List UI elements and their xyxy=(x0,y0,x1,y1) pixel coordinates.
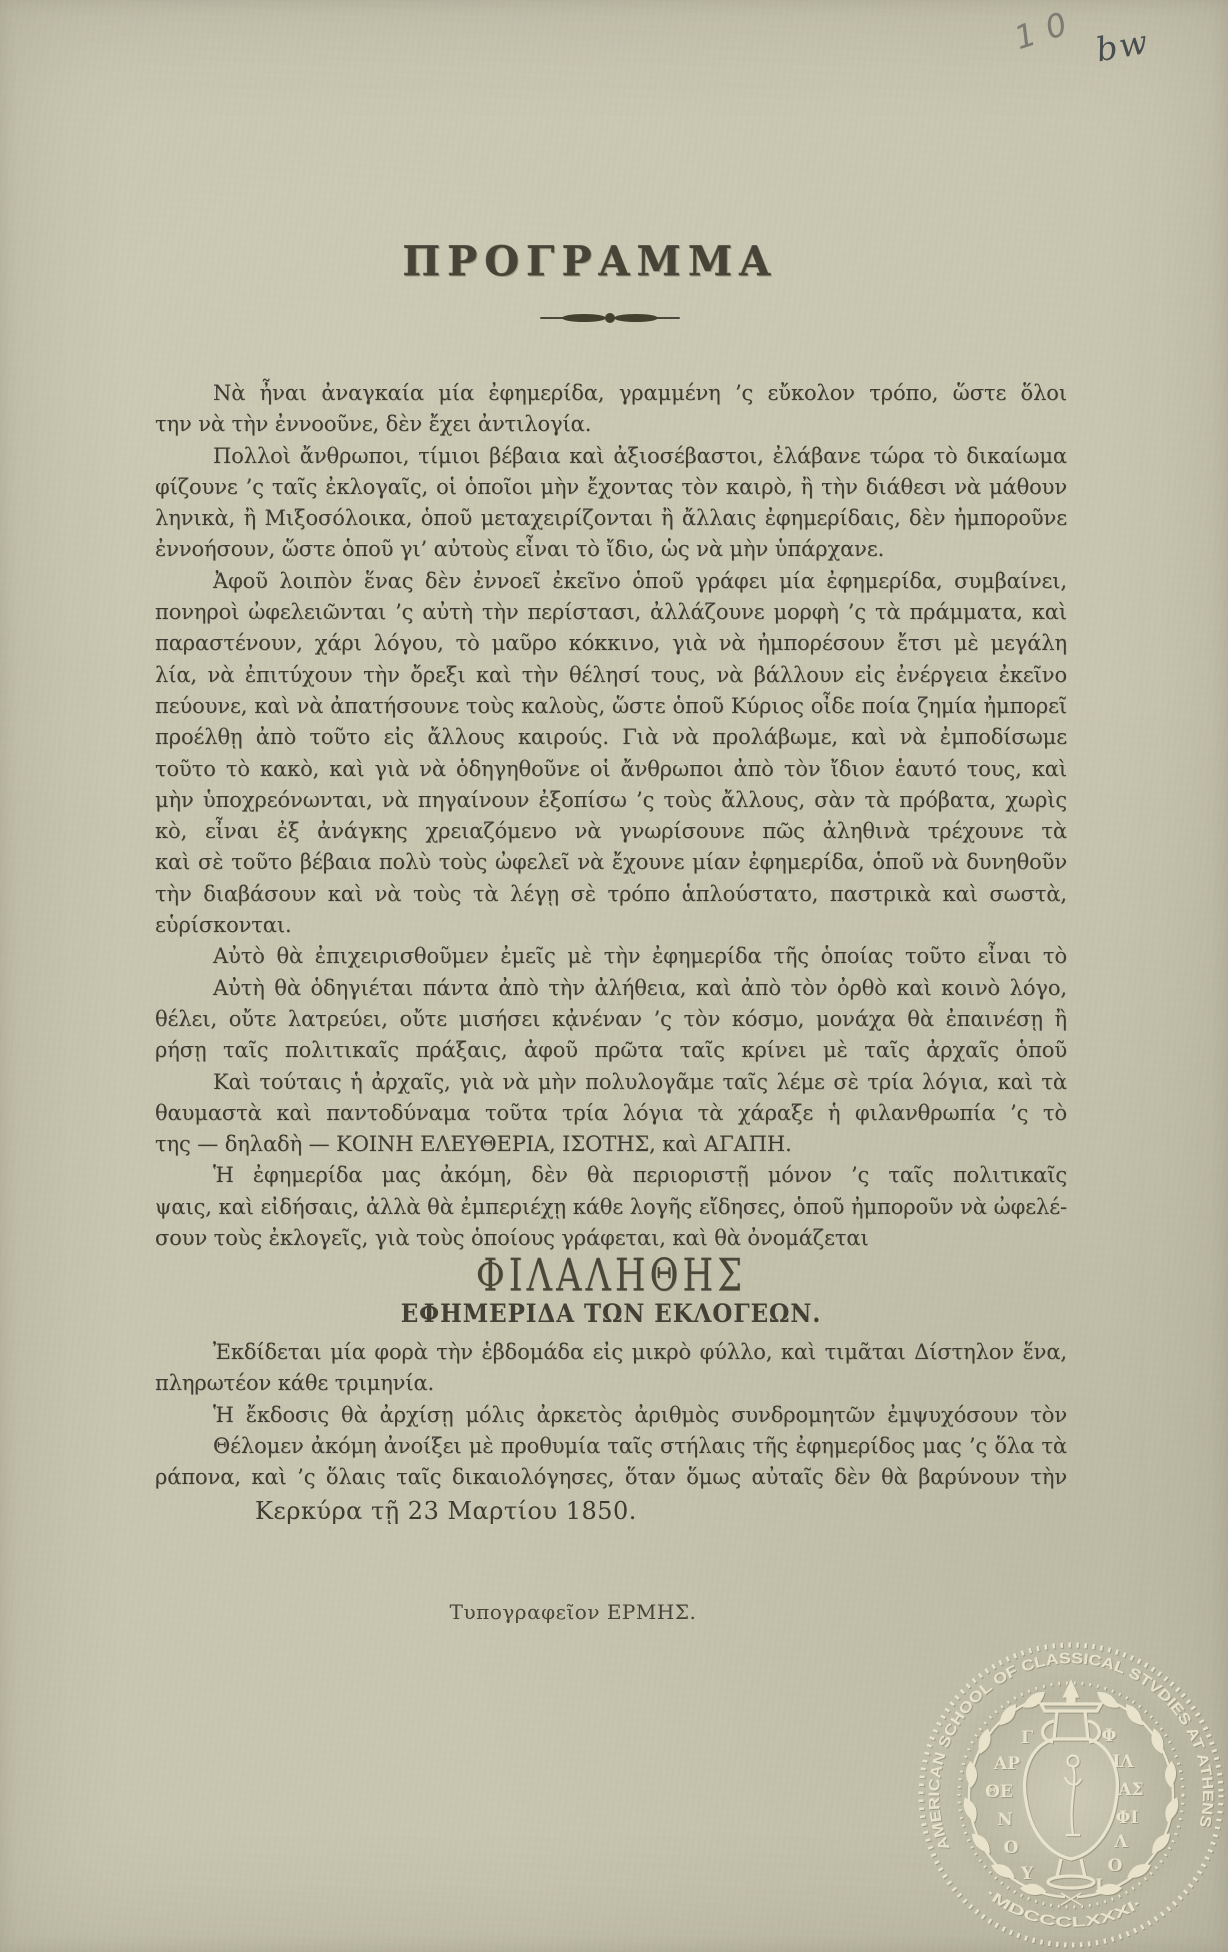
printer-imprint: Τυπογραφεῖον ΕΡΜΗΣ. xyxy=(117,1600,1029,1624)
text-line: φίζουνε ’ς ταῖς ἐκλογαῖς, οἱ ὁποῖοι μὴν … xyxy=(155,472,1067,503)
paragraph: Ἡ ἐφημερίδα μας ἀκόμη, δὲν θὰ περιοριστῇ… xyxy=(155,1160,1067,1254)
text-line: μὴν ὑποχρεόνωνται, νὰ πηγαίνουν ἐξοπίσω … xyxy=(155,785,1067,816)
paragraph: Ἡ ἔκδοσις θὰ ἀρχίσῃ μόλις ἀρκετὸς ἀριθμὸ… xyxy=(155,1400,1067,1431)
divider-center-dot xyxy=(605,313,615,323)
svg-text:Φ: Φ xyxy=(1102,1726,1117,1746)
text-line: Θέλομεν ἀκόμη ἀνοίξει μὲ προθυμία ταῖς σ… xyxy=(155,1431,1067,1462)
text-line: τὴν διαβάσουν καὶ νὰ τοὺς τὰ λέγῃ σὲ τρό… xyxy=(155,879,1067,910)
svg-text:ΙΛ: ΙΛ xyxy=(1112,1752,1134,1772)
text-line: κὸ, εἶναι ἐξ ἀνάγκης χρειαζόμενο νὰ γνωρ… xyxy=(155,816,1067,847)
ornament-divider xyxy=(540,312,680,324)
paragraph: Αὐτὴ θὰ ὁδηγιέται πάντα ἀπὸ τὴν ἀλήθεια,… xyxy=(155,973,1067,1067)
paragraph: Ἀφοῦ λοιπὸν ἕνας δὲν ἐννοεῖ ἐκεῖνο ὁποῦ … xyxy=(155,566,1067,942)
text-line: Ἐκδίδεται μία φορὰ τὴν ἑβδομάδα εἰς μικρ… xyxy=(155,1337,1067,1368)
text-line: ἐννοήσουν, ὥστε ὁποῦ γι’ αὐτοὺς εἶναι τὸ… xyxy=(155,534,1067,565)
text-line: πεύουνε, καὶ νὰ ἀπατήσουνε τοὺς καλοὺς, … xyxy=(155,691,1067,722)
text-line: ληνικὰ, ἢ Μιξοσόλοικα, ὁποῦ μεταχειρίζον… xyxy=(155,503,1067,534)
text-line: ράπονα, καὶ ’ς ὅλαις ταῖς δικαιολόγησες,… xyxy=(155,1462,1067,1493)
svg-text:Γ: Γ xyxy=(1021,1728,1033,1748)
paragraph: Πολλοὶ ἄνθρωποι, τίμιοι βέβαια καὶ ἀξιοσ… xyxy=(155,441,1067,566)
svg-text:Υ: Υ xyxy=(1020,1864,1034,1884)
text-line: Ἡ ἐφημερίδα μας ἀκόμη, δὲν θὰ περιοριστῇ… xyxy=(155,1160,1067,1191)
paragraph: Αὐτὸ θὰ ἐπιχειρισθοῦμεν ἐμεῖς μὲ τὴν ἐφη… xyxy=(155,941,1067,972)
text-line: τοῦτο τὸ κακὸ, καὶ γιὰ νὰ ὁδηγηθοῦνε οἱ … xyxy=(155,754,1067,785)
text-line: την νὰ τὴν ἐννοοῦνε, δὲν ἔχει ἀντιλογία. xyxy=(155,409,1067,440)
text-line: Ἡ ἔκδοσις θὰ ἀρχίσῃ μόλις ἀρκετὸς ἀριθμὸ… xyxy=(155,1400,1067,1431)
svg-text:ΑΡ: ΑΡ xyxy=(993,1754,1020,1774)
svg-text:Λ: Λ xyxy=(1113,1832,1128,1852)
document-title: ΠΡΟΓΡΑΜΜΑ xyxy=(0,237,1204,286)
svg-text:Ο: Ο xyxy=(1004,1838,1019,1858)
handwritten-number: 10 xyxy=(1010,1,1083,57)
svg-text:Ι: Ι xyxy=(1095,1876,1103,1896)
text-line: Καὶ τούταις ἡ ἀρχαῖς, γιὰ νὰ μὴν πολυλογ… xyxy=(155,1067,1067,1098)
handwritten-initials: bw xyxy=(1093,22,1152,70)
embossed-library-seal: AMERICAN SCHOOL OF CLASSICAL STVDIES AT … xyxy=(911,1635,1228,1952)
svg-text:ΑΣ: ΑΣ xyxy=(1117,1780,1143,1800)
amphora-icon xyxy=(1025,1683,1118,1888)
newspaper-subtitle: ΕΦΗΜΕΡΙΔΑ ΤΩΝ ΕΚΛΟΓΕΩΝ. xyxy=(191,1299,1030,1328)
paragraph: Νὰ ἦναι ἀναγκαία μία ἐφημερίδα, γραμμένη… xyxy=(155,378,1067,441)
divider-spindle-left xyxy=(562,314,606,322)
figure-on-vase xyxy=(1065,1756,1081,1836)
text-line: πονηροὶ ὠφελειῶνται ’ς αὐτὴ τὴν περίστασ… xyxy=(155,597,1067,628)
text-line: θαυμαστὰ καὶ παντοδύναμα τοῦτα τρία λόγι… xyxy=(155,1098,1067,1129)
text-line: λία, νὰ ἐπιτύχουν τὴν ὄρεξι καὶ τὴν θέλη… xyxy=(155,660,1067,691)
text-line: ρήσῃ ταῖς πολιτικαῖς πράξαις, ἀφοῦ πρῶτα… xyxy=(155,1035,1067,1066)
svg-text:Ο: Ο xyxy=(1108,1856,1123,1876)
text-line: ψαις, καὶ εἰδήσαις, ἀλλὰ θὰ ἐμπεριέχῃ κά… xyxy=(155,1192,1067,1223)
text-line: Ἀφοῦ λοιπὸν ἕνας δὲν ἐννοεῖ ἐκεῖνο ὁποῦ … xyxy=(155,566,1067,597)
text-line: της — δηλαδὴ — ΚΟΙΝΗ ΕΛΕΥΘΕΡΙΑ, ΙΣΟΤΗΣ, … xyxy=(155,1129,1067,1160)
divider-spindle-right xyxy=(614,314,658,322)
text-line: Αὐτὴ θὰ ὁδηγιέται πάντα ἀπὸ τὴν ἀλήθεια,… xyxy=(155,973,1067,1004)
text-line: προέλθῃ ἀπὸ τοῦτο εἰς ἄλλους καιρούς. Γι… xyxy=(155,722,1067,753)
paragraph: Ἐκδίδεται μία φορὰ τὴν ἑβδομάδα εἰς μικρ… xyxy=(155,1337,1067,1400)
seal-year-text: ·MDCCCLXXXI· xyxy=(983,1885,1145,1930)
dateline: Κερκύρα τῇ 23 Μαρτίου 1850. xyxy=(255,1497,637,1525)
body-text-upper: Νὰ ἦναι ἀναγκαία μία ἐφημερίδα, γραμμένη… xyxy=(155,378,1067,1254)
scanned-document-page: 10 bw ΠΡΟΓΡΑΜΜΑ Νὰ ἦναι ἀναγκαία μία ἐφη… xyxy=(0,0,1228,1952)
svg-text:ΦΙ: ΦΙ xyxy=(1116,1808,1139,1828)
paragraph: Καὶ τούταις ἡ ἀρχαῖς, γιὰ νὰ μὴν πολυλογ… xyxy=(155,1067,1067,1161)
text-line: Αὐτὸ θὰ ἐπιχειρισθοῦμεν ἐμεῖς μὲ τὴν ἐφη… xyxy=(155,941,1067,972)
paragraph: Θέλομεν ἀκόμη ἀνοίξει μὲ προθυμία ταῖς σ… xyxy=(155,1431,1067,1494)
text-line: παραστένουν, χάρι λόγου, τὸ μαῦρο κόκκιν… xyxy=(155,628,1067,659)
svg-text:ΘΕ: ΘΕ xyxy=(985,1782,1013,1802)
svg-text:Ν: Ν xyxy=(997,1810,1013,1830)
text-line: θέλει, οὔτε λατρεύει, οὔτε μισήσει κᾀνέν… xyxy=(155,1004,1067,1035)
text-line: Πολλοὶ ἄνθρωποι, τίμιοι βέβαια καὶ ἀξιοσ… xyxy=(155,441,1067,472)
body-text-lower: Ἐκδίδεται μία φορὰ τὴν ἑβδομάδα εἰς μικρ… xyxy=(155,1337,1067,1493)
text-line: καὶ σὲ τοῦτο βέβαια πολὺ τοὺς ὠφελεῖ νὰ … xyxy=(155,847,1067,878)
newspaper-name: ΦΙΛΑΛΗΘΗΣ xyxy=(246,1249,976,1301)
text-line: πληρωτέον κάθε τριμηνία. xyxy=(155,1368,1067,1399)
text-line: Νὰ ἦναι ἀναγκαία μία ἐφημερίδα, γραμμένη… xyxy=(155,378,1067,409)
text-line: εὑρίσκονται. xyxy=(155,910,1067,941)
